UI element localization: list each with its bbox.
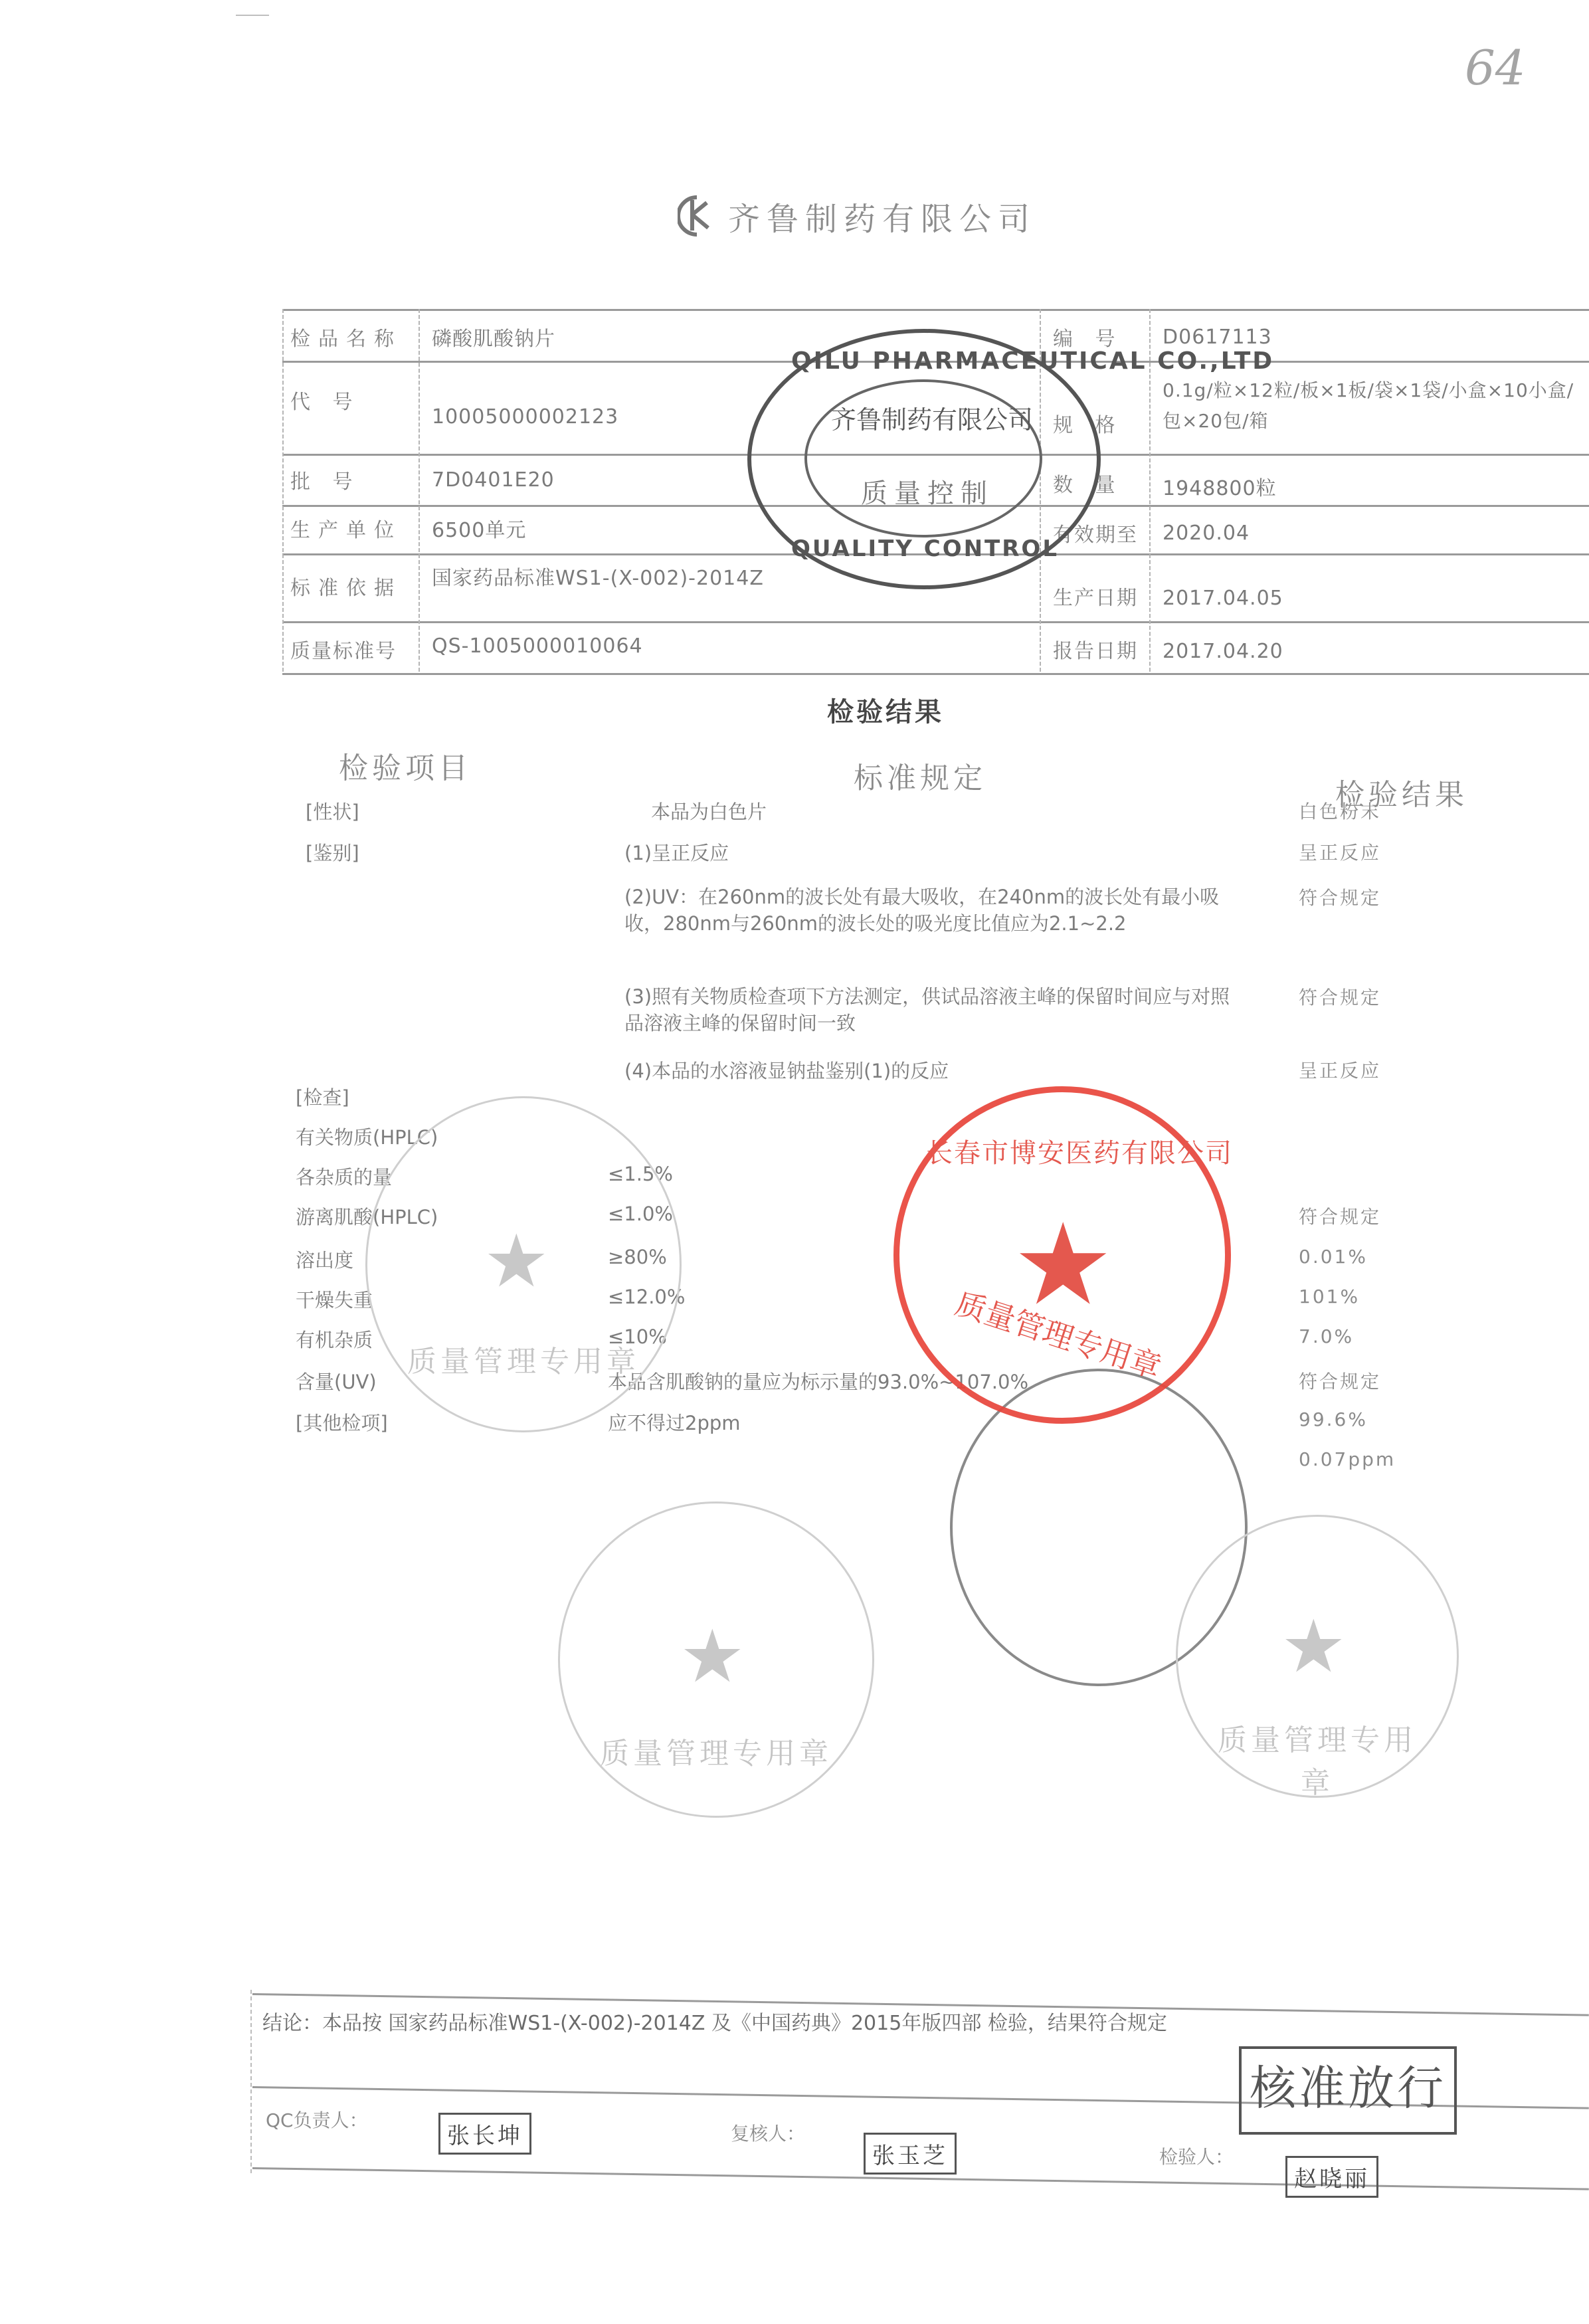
reviewer-label: 复核人： [731, 2119, 805, 2146]
standard-spec: 应不得过2ppm [608, 1408, 741, 1436]
faint-company-stamp: ★ 质量管理专用章 [365, 1096, 682, 1432]
test-result: 符合规定 [1299, 1203, 1381, 1229]
qilu-logo-icon [678, 195, 716, 237]
test-item: 溶出度 [296, 1246, 353, 1273]
stamp-text: QILU PHARMACEUTICAL CO.,LTD [791, 347, 1057, 375]
qilu-quality-control-stamp: QILU PHARMACEUTICAL CO.,LTD 齐鲁制药有限公司 质量控… [747, 329, 1101, 589]
value-report-date: 2017.04.20 [1163, 640, 1283, 663]
faint-company-stamp: ★ 质量管理专用章 [1176, 1515, 1459, 1798]
test-result: 符合规定 [1299, 983, 1381, 1010]
stamp-text: 质量管理专用章 [407, 1337, 640, 1380]
label-code: 代 号 [290, 385, 361, 415]
label-quality-standard-no: 质量标准号 [290, 634, 397, 664]
test-item: [检查] [296, 1083, 349, 1110]
column-header-test-item: 检验项目 [339, 744, 472, 787]
standard-spec: (2)UV：在260nm的波长处有最大吸收，在240nm的波长处有最小吸收，28… [624, 884, 1242, 937]
star-icon: ★ [484, 1224, 549, 1298]
conclusion-text: 结论：本品按 国家药品标准WS1-(X-002)-2014Z 及《中国药典》20… [262, 2006, 1167, 2036]
company-name: 齐鲁制药有限公司 [728, 193, 1036, 239]
star-icon: ★ [1281, 1610, 1347, 1683]
label-report-date: 报告日期 [1053, 634, 1138, 664]
test-item: [性状] [306, 797, 359, 824]
faint-company-stamp: ★ 质量管理专用章 [558, 1501, 874, 1818]
qc-manager-label: QC负责人： [266, 2106, 368, 2133]
test-item: 含量(UV) [296, 1367, 377, 1395]
label-sample-name: 检品名称 [290, 322, 402, 351]
value-code: 10005000002123 [432, 405, 618, 429]
standard-spec: (1)呈正反应 [624, 838, 729, 866]
label-production-unit: 生产单位 [290, 514, 402, 543]
test-result: 符合规定 [1299, 884, 1381, 910]
label-standard-basis: 标准依据 [290, 571, 402, 601]
test-result: 99.6% [1299, 1408, 1368, 1430]
value-sample-name: 磷酸肌酸钠片 [432, 322, 555, 351]
stamp-text: 质量管理专用章 [1204, 1716, 1430, 1801]
value-batch: 7D0401E20 [432, 468, 555, 492]
inspector-label: 检验人： [1159, 2143, 1234, 2169]
test-item: [鉴别] [306, 838, 359, 866]
value-quantity: 1948800粒 [1163, 472, 1277, 501]
test-result: 白色粉末 [1299, 797, 1381, 824]
value-production-unit: 6500单元 [432, 514, 526, 543]
test-item: [其他检项] [296, 1408, 388, 1436]
page-number: 64 [1465, 40, 1526, 96]
corner-mark [236, 15, 269, 16]
reviewer-signature: 张玉芝 [864, 2133, 957, 2175]
red-quality-management-stamp: 长春市博安医药有限公司 ★ 质量管理专用章 [893, 1086, 1231, 1424]
test-result: 7.0% [1299, 1325, 1354, 1347]
test-result: 符合规定 [1299, 1367, 1381, 1394]
column-header-standard: 标准规定 [854, 754, 986, 797]
stamp-text: 质量控制 [831, 472, 1024, 510]
value-standard-basis: 国家药品标准WS1-(X-002)-2014Z [432, 561, 764, 591]
test-result: 呈正反应 [1299, 1056, 1381, 1083]
stamp-text: 长春市博安医药有限公司 [926, 1132, 1192, 1170]
test-result: 呈正反应 [1299, 838, 1381, 865]
standard-spec: (4)本品的水溶液显钠盐鉴别(1)的反应 [624, 1056, 949, 1084]
value-expiry: 2020.04 [1163, 522, 1250, 545]
value-specification: 0.1g/粒×12粒/板×1板/袋×1袋/小盒×10小盒/包×20包/箱 [1163, 375, 1588, 436]
stamp-text: 质量管理专用章 [600, 1729, 832, 1772]
label-production-date: 生产日期 [1053, 581, 1138, 611]
border-line [250, 1990, 252, 2176]
approved-release-stamp: 核准放行 [1239, 2046, 1457, 2135]
label-batch: 批 号 [290, 465, 361, 494]
letterhead: 齐鲁制药有限公司 [678, 193, 1036, 239]
results-title: 检验结果 [827, 691, 944, 729]
value-production-date: 2017.04.05 [1163, 587, 1283, 610]
value-serial-no: D0617113 [1163, 326, 1272, 349]
standard-spec: (3)照有关物质检查项下方法测定，供试品溶液主峰的保留时间应与对照品溶液主峰的保… [624, 983, 1242, 1036]
test-result: 0.07ppm [1299, 1448, 1396, 1470]
value-quality-standard-no: QS-1005000010064 [432, 634, 643, 658]
test-result: 101% [1299, 1286, 1360, 1307]
qc-manager-signature: 张长坤 [438, 2113, 531, 2155]
test-item: 有机杂质 [296, 1325, 373, 1353]
test-result: 0.01% [1299, 1246, 1368, 1268]
test-item: 各杂质的量 [296, 1163, 392, 1190]
stamp-text: QUALITY CONTROL [791, 535, 1057, 562]
test-item: 干燥失重 [296, 1286, 373, 1313]
star-icon: ★ [680, 1620, 745, 1693]
stamp-text: 齐鲁制药有限公司 [831, 399, 1024, 436]
standard-spec: 本品为白色片 [651, 797, 767, 824]
inspector-signature: 赵晓丽 [1285, 2156, 1378, 2198]
